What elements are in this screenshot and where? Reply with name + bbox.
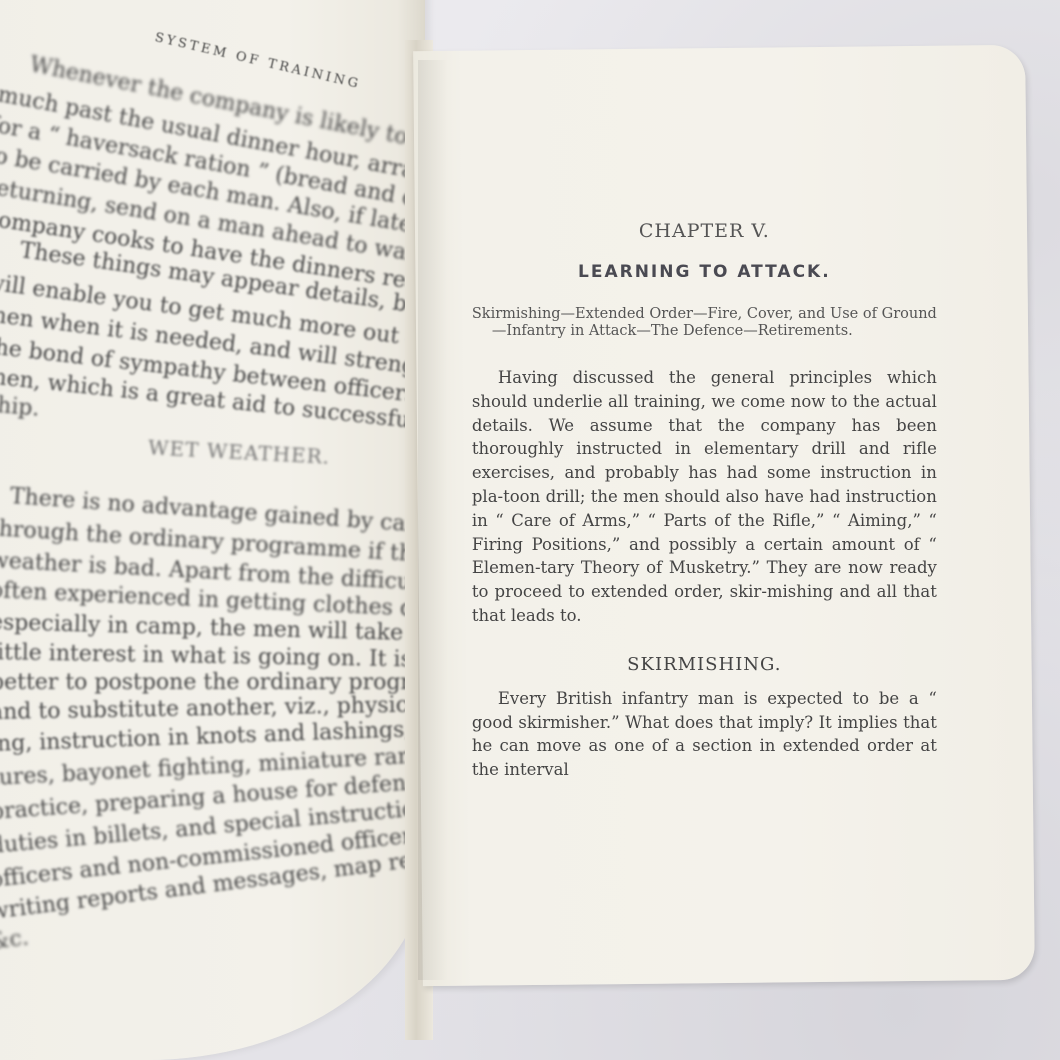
text-line: &c. (0, 925, 30, 955)
right-page: CHAPTER V. LEARNING TO ATTACK. Skirmishi… (413, 45, 1035, 986)
text-line: little interest in what is going on. It … (0, 640, 412, 672)
skirmishing-paragraph: Every British infantry man is expected t… (472, 687, 937, 782)
text-line: better to postpone the ordinary programm… (0, 670, 425, 695)
chapter-title: LEARNING TO ATTACK. (472, 262, 937, 282)
left-page-content: SYSTEM OF TRAINING Whenever the company … (0, 0, 425, 1000)
section-heading-skirmishing: SKIRMISHING. (472, 654, 937, 675)
text-line: ship. (0, 392, 40, 422)
chapter-synopsis: Skirmishing—Extended Order—Fire, Cover, … (472, 306, 937, 340)
chapter-number: CHAPTER V. (472, 220, 937, 242)
intro-paragraph: Having discussed the general principles … (472, 366, 937, 628)
left-page: SYSTEM OF TRAINING Whenever the company … (0, 0, 425, 1060)
right-page-content: CHAPTER V. LEARNING TO ATTACK. Skirmishi… (472, 220, 937, 782)
section-heading-wet-weather: WET WEATHER. (147, 435, 330, 469)
